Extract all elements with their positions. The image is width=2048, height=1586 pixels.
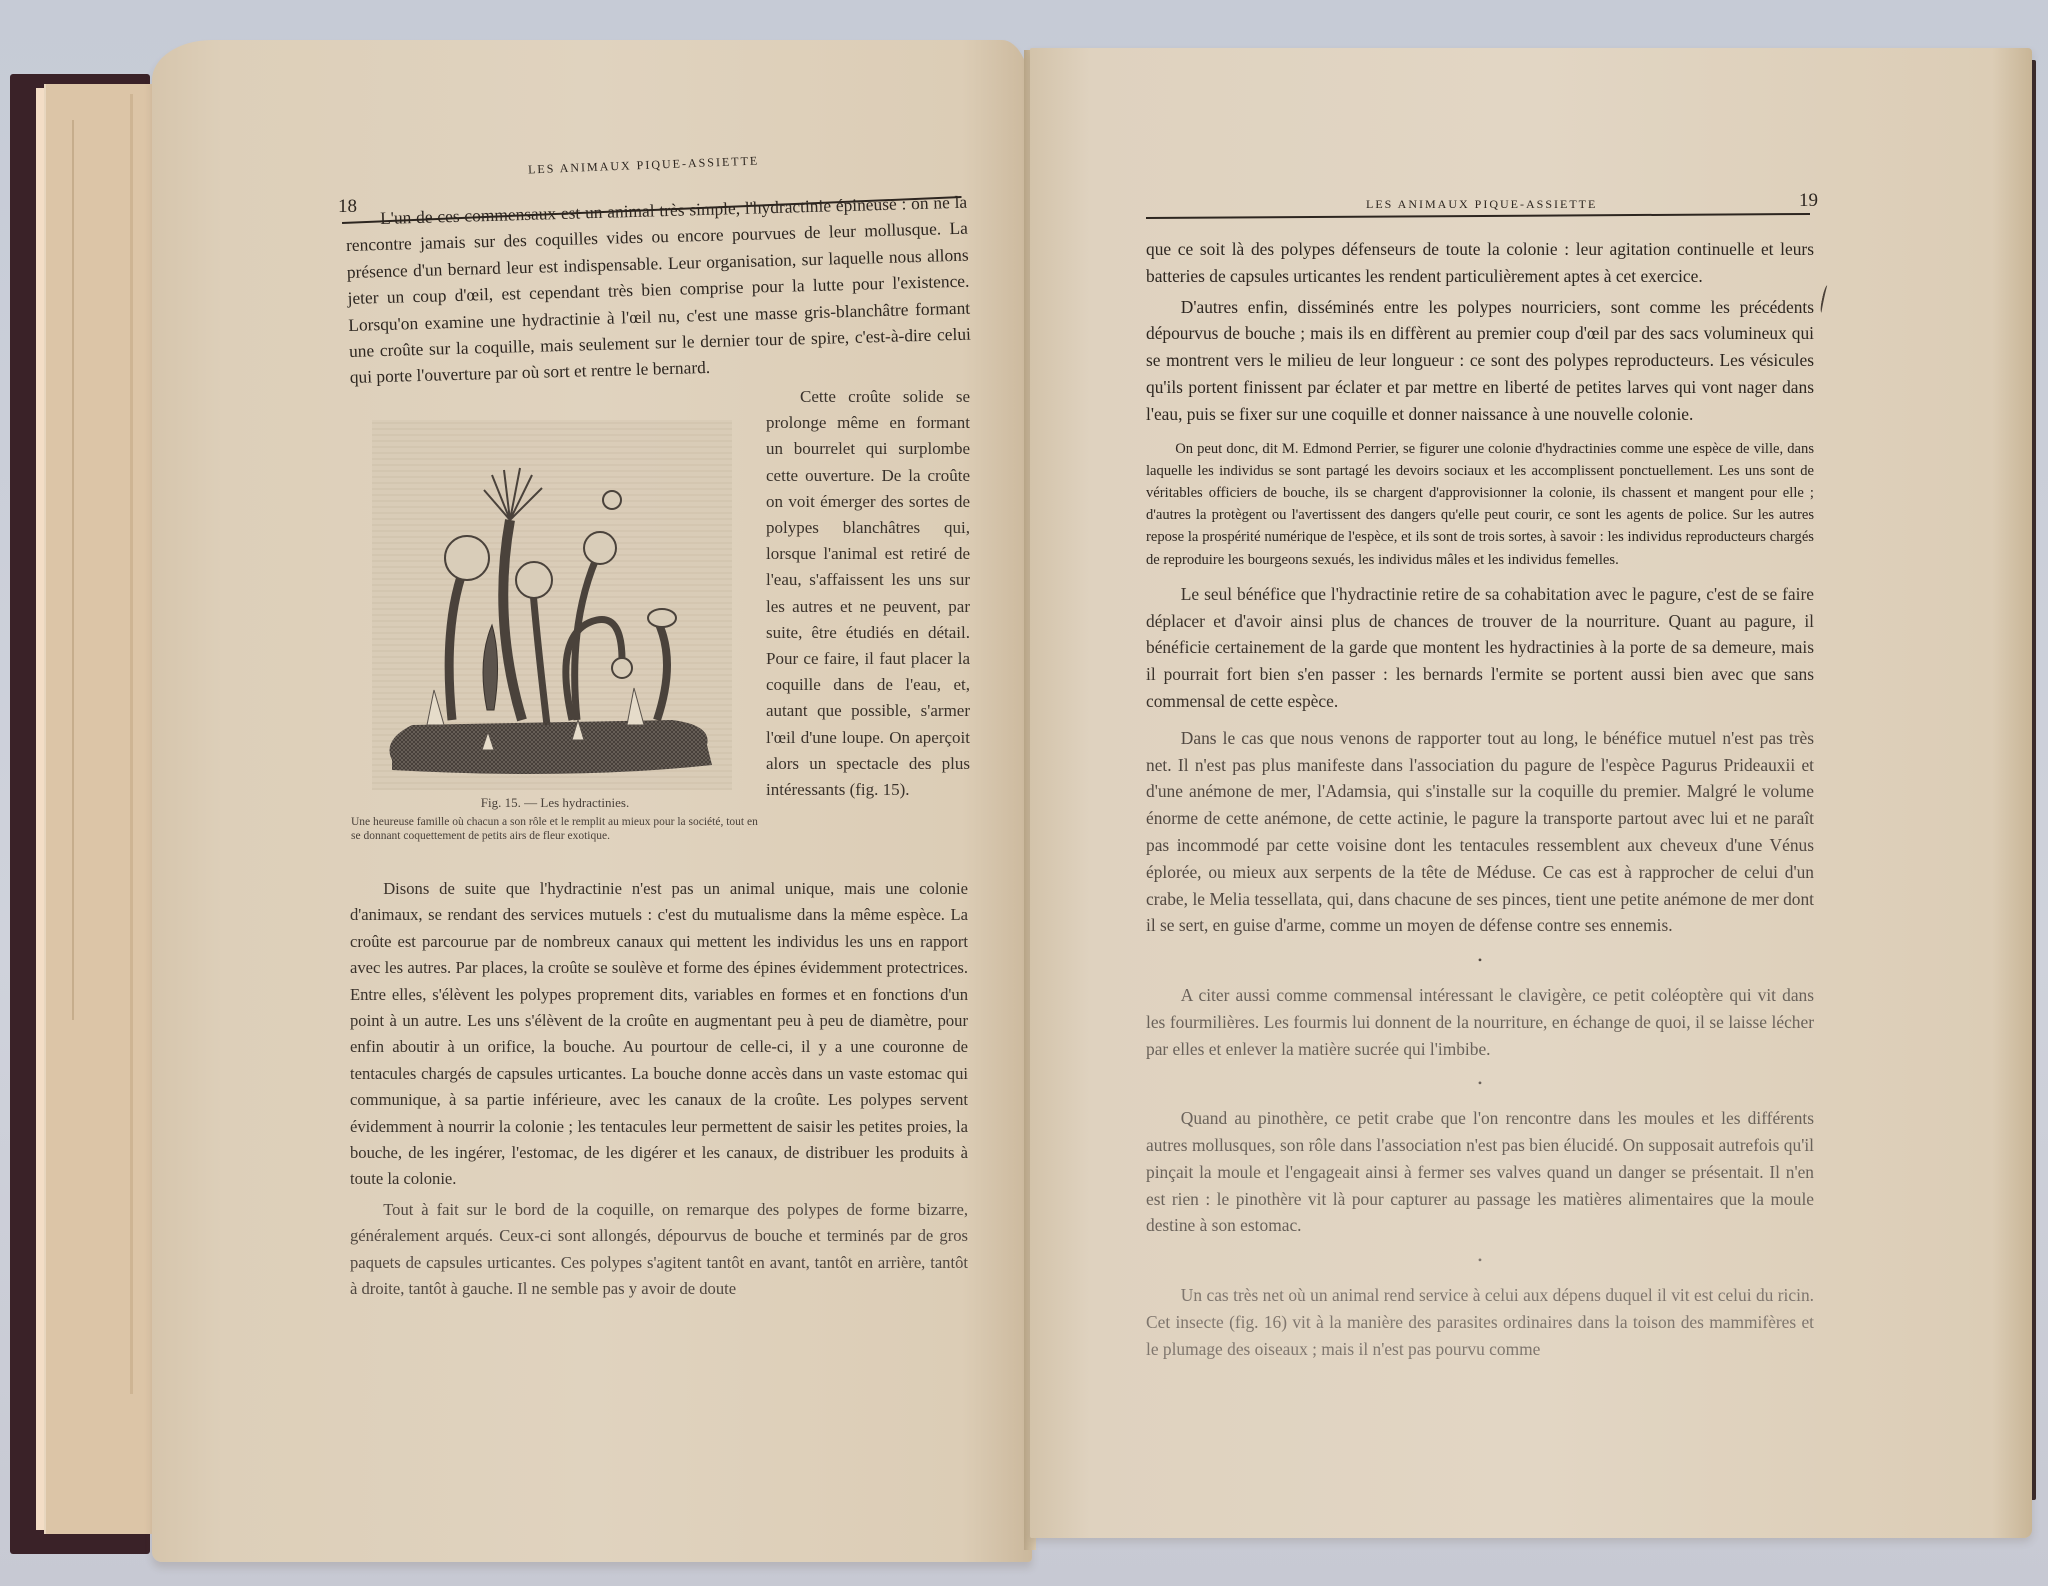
section-separator: • <box>1146 947 1814 974</box>
section-separator: • <box>1146 1247 1814 1274</box>
paragraph: Disons de suite que l'hydractinie n'est … <box>350 876 968 1193</box>
paragraph: Un cas très net où un animal rend servic… <box>1146 1282 1814 1362</box>
left-side-column: Cette croûte solide se prolonge même en … <box>766 384 970 803</box>
hydractinia-illustration <box>372 420 732 790</box>
quoted-paragraph: On peut donc, dit M. Edmond Perrier, se … <box>1146 438 1814 571</box>
left-intro-paragraph: L'un de ces commensaux est un animal trè… <box>345 189 972 391</box>
figure-caption: Fig. 15. — Les hydractinies. Une heureus… <box>345 795 765 843</box>
right-body: que ce soit là des polypes défenseurs de… <box>1146 236 1814 1362</box>
left-body-paragraphs: Disons de suite que l'hydractinie n'est … <box>350 876 968 1303</box>
water-stain <box>130 94 133 1394</box>
right-running-head: LES ANIMAUX PIQUE-ASSIETTE <box>1366 197 1597 212</box>
right-page-number: 19 <box>1799 190 1818 212</box>
paragraph: Dans le cas que nous venons de rapporter… <box>1146 725 1814 939</box>
paragraph: Cette croûte solide se prolonge même en … <box>766 384 970 803</box>
paragraph: Quand au pinothère, ce petit crabe que l… <box>1146 1105 1814 1239</box>
paragraph: L'un de ces commensaux est un animal trè… <box>345 189 972 391</box>
figure-title: Fig. 15. — Les hydractinies. <box>345 795 765 811</box>
section-separator: • <box>1146 1070 1814 1097</box>
figure-hydractinies-engraving <box>372 420 732 790</box>
water-stain <box>72 120 74 1020</box>
paragraph: Tout à fait sur le bord de la coquille, … <box>350 1197 968 1303</box>
flyleaf-pages <box>44 84 156 1534</box>
paragraph: A citer aussi comme commensal intéressan… <box>1146 982 1814 1062</box>
figure-caption-text: Une heureuse famille où chacun a son rôl… <box>345 815 765 843</box>
paragraph: D'autres enfin, disséminés entre les pol… <box>1146 294 1814 428</box>
paragraph: que ce soit là des polypes défenseurs de… <box>1146 236 1814 290</box>
paragraph: Le seul bénéfice que l'hydractinie retir… <box>1146 581 1814 715</box>
